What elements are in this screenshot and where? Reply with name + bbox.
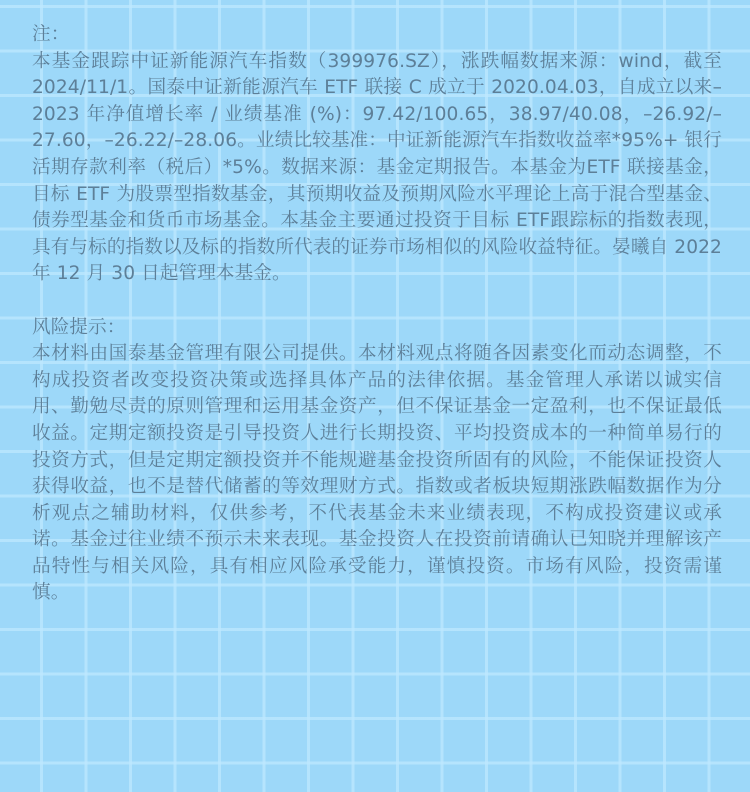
notes-section: 注： 本基金跟踪中证新能源汽车指数（399976.SZ），涨跌幅数据来源：win… bbox=[32, 22, 722, 288]
risk-title: 风险提示： bbox=[32, 315, 722, 342]
risk-body: 本材料由国泰基金管理有限公司提供。本材料观点将随各因素变化而动态调整，不构成投资… bbox=[32, 341, 722, 607]
risk-section: 风险提示： 本材料由国泰基金管理有限公司提供。本材料观点将随各因素变化而动态调整… bbox=[32, 315, 722, 608]
section-spacer bbox=[32, 288, 722, 315]
disclaimer-page: 注： 本基金跟踪中证新能源汽车指数（399976.SZ），涨跌幅数据来源：win… bbox=[32, 22, 722, 607]
notes-body: 本基金跟踪中证新能源汽车指数（399976.SZ），涨跌幅数据来源：wind，截… bbox=[32, 49, 722, 288]
notes-title: 注： bbox=[32, 22, 722, 49]
